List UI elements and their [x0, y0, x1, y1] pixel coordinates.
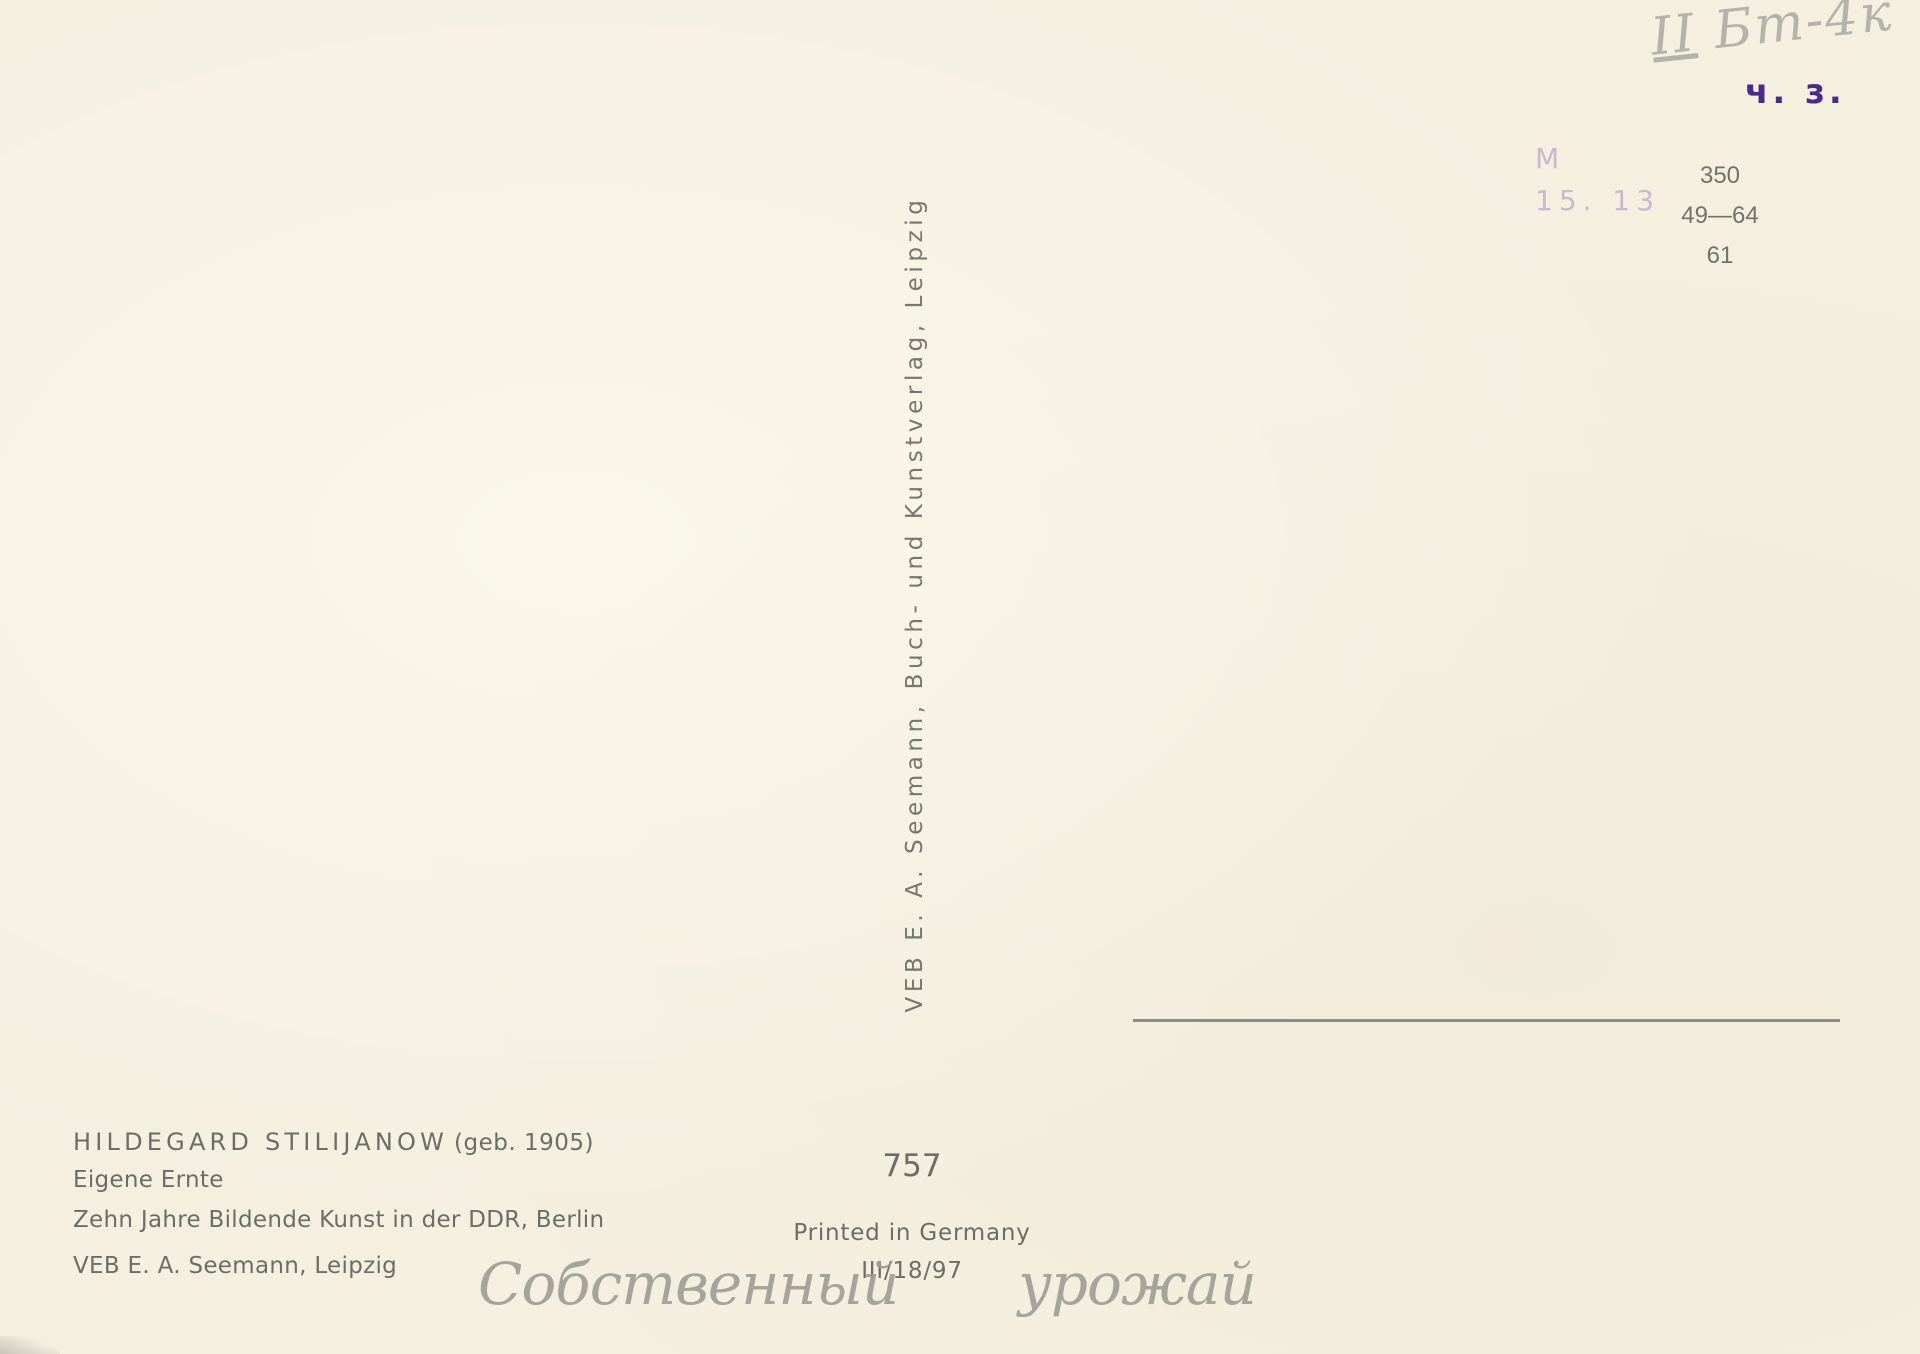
pencil-shelf-mark-roman: II	[1648, 3, 1699, 67]
catalog-codes: 350 49—64 61	[1660, 156, 1780, 276]
artwork-title: Eigene Ernte	[73, 1160, 604, 1200]
faint-library-stamp: M 15. 13	[1535, 140, 1660, 220]
vertical-publisher-text: VEB E. A. Seemann, Buch- und Kunstverlag…	[902, 196, 928, 1013]
faint-stamp-line-1: M	[1535, 140, 1660, 178]
handwritten-word-1: Собственный	[478, 1250, 898, 1318]
artist-dates: (geb. 1905)	[454, 1130, 594, 1156]
card-number: 757	[882, 1148, 941, 1184]
faint-stamp-line-2: 15. 13	[1535, 182, 1660, 220]
handwritten-word-2: урожай	[1018, 1250, 1256, 1318]
catalog-code-3: 61	[1660, 236, 1780, 276]
artwork-source: Zehn Jahre Bildende Kunst in der DDR, Be…	[73, 1200, 604, 1240]
printed-in-germany: Printed in Germany	[793, 1214, 1030, 1252]
handwritten-translation: Собственныйурожай	[478, 1250, 1256, 1318]
corner-edge-shadow	[0, 1336, 60, 1354]
artist-line: HILDEGARD STILIJANOW(geb. 1905)	[73, 1124, 604, 1160]
reading-room-ink-mark: ч. з.	[1745, 72, 1846, 112]
catalog-code-1: 350	[1660, 156, 1780, 196]
artist-name: HILDEGARD STILIJANOW	[73, 1128, 448, 1156]
catalog-code-2: 49—64	[1660, 196, 1780, 236]
address-line	[1133, 1019, 1840, 1022]
